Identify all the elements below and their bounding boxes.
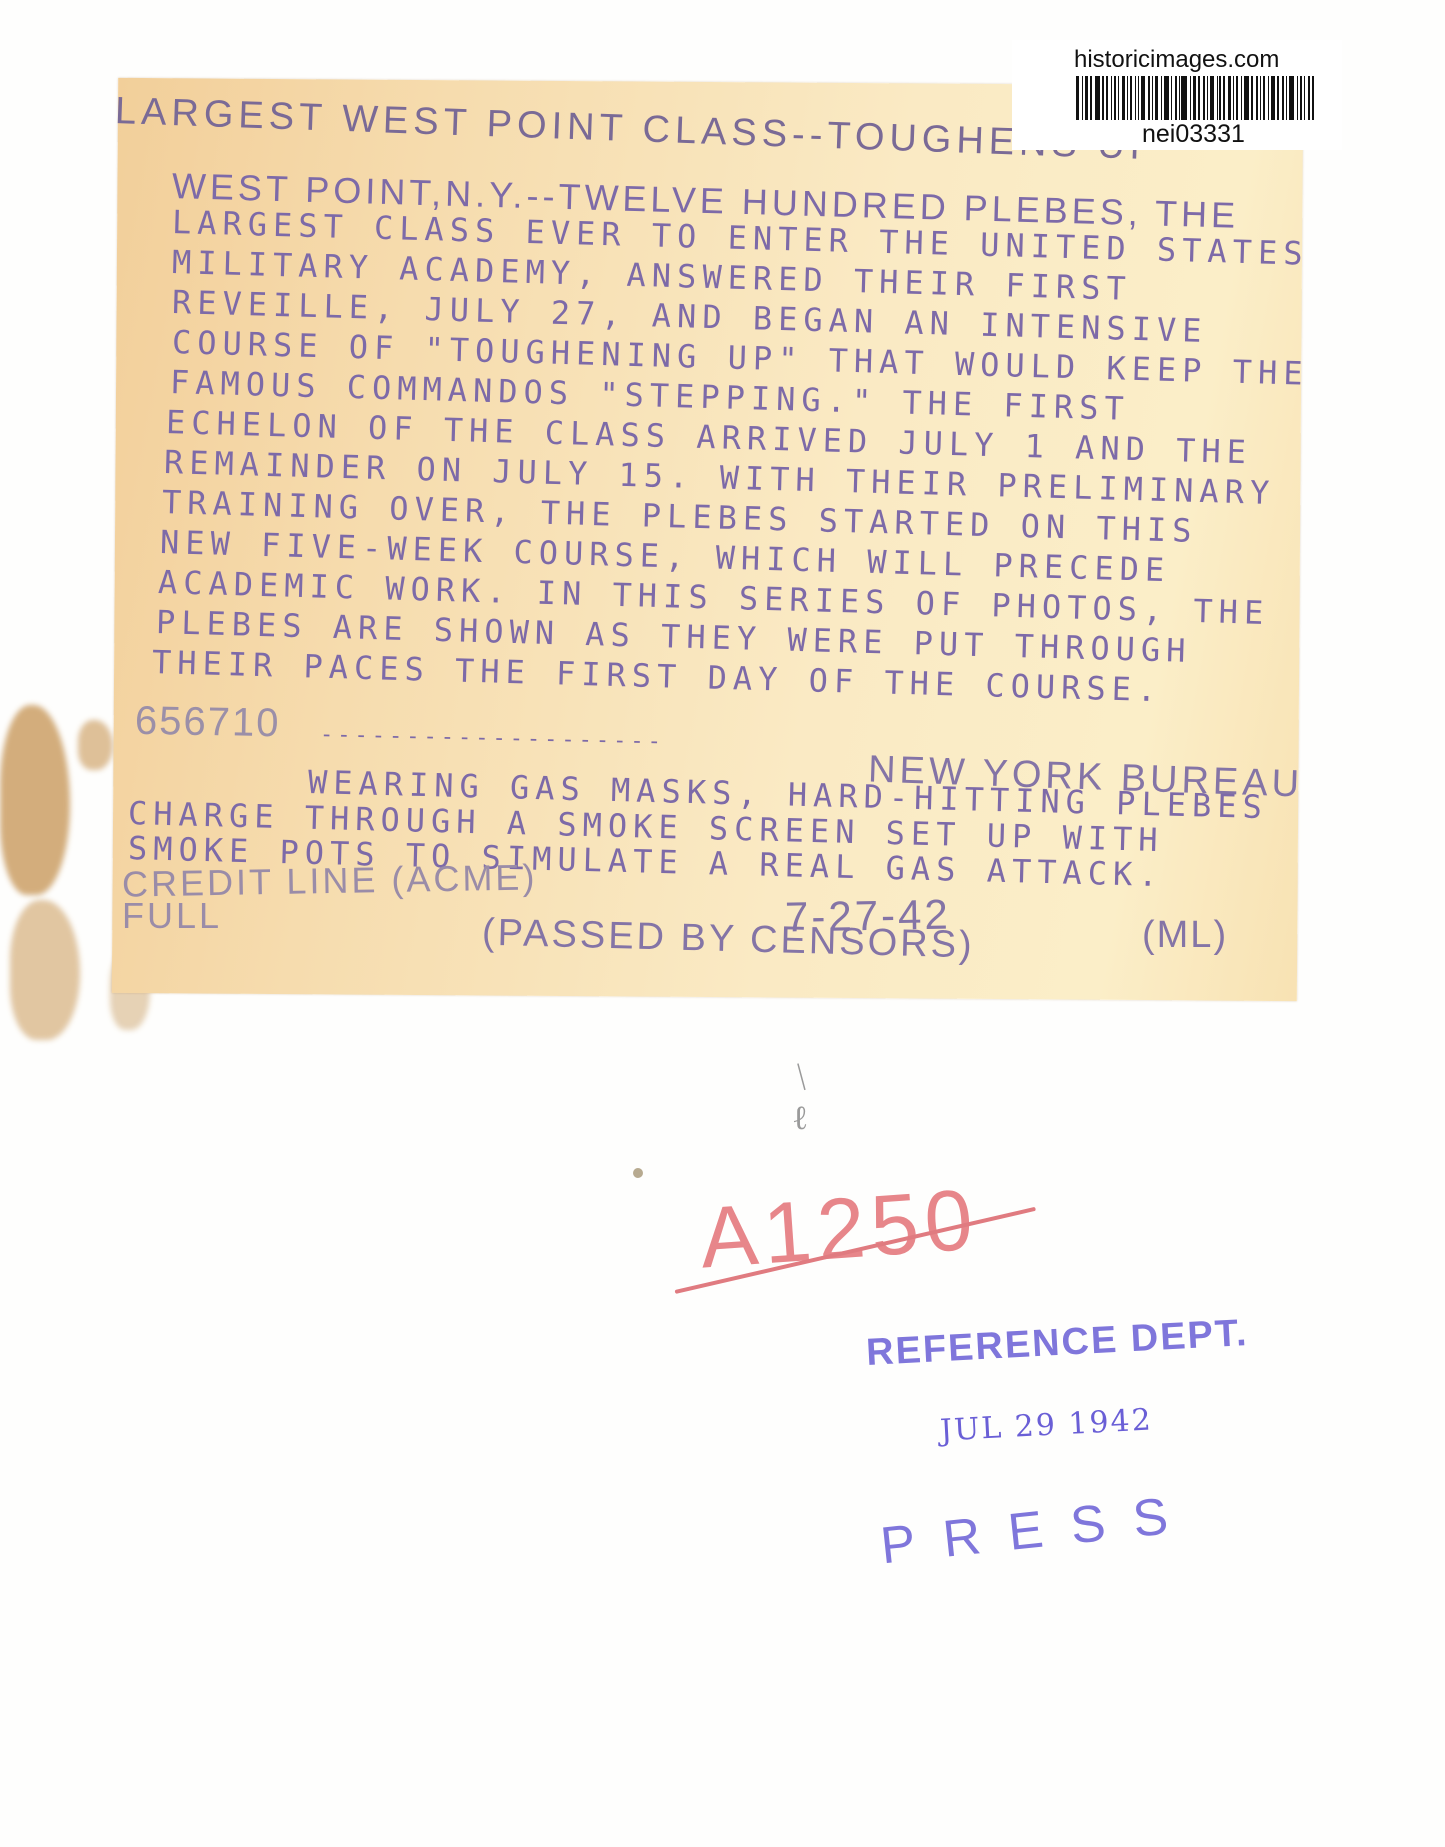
water-stain [0,705,70,895]
barcode [1076,76,1316,120]
archive-code: nei03331 [1142,120,1245,149]
archive-label: historicimages.com nei03331 [1012,40,1342,150]
debris-spot [633,1168,643,1178]
date-stamp: JUL 29 1942 [939,1402,1153,1448]
pencil-mark-2: ℓ [792,1100,808,1138]
water-stain [78,720,113,770]
pencil-mark: | [794,1058,809,1092]
water-stain [10,900,80,1040]
archive-site: historicimages.com [1074,46,1279,74]
full-label: FULL [122,898,222,934]
press-stamp: PRESS [878,1484,1199,1577]
photo-number: 656710 [135,701,281,744]
reference-dept-stamp: REFERENCE DEPT. [865,1312,1249,1375]
initials: (ML) [1142,916,1228,954]
